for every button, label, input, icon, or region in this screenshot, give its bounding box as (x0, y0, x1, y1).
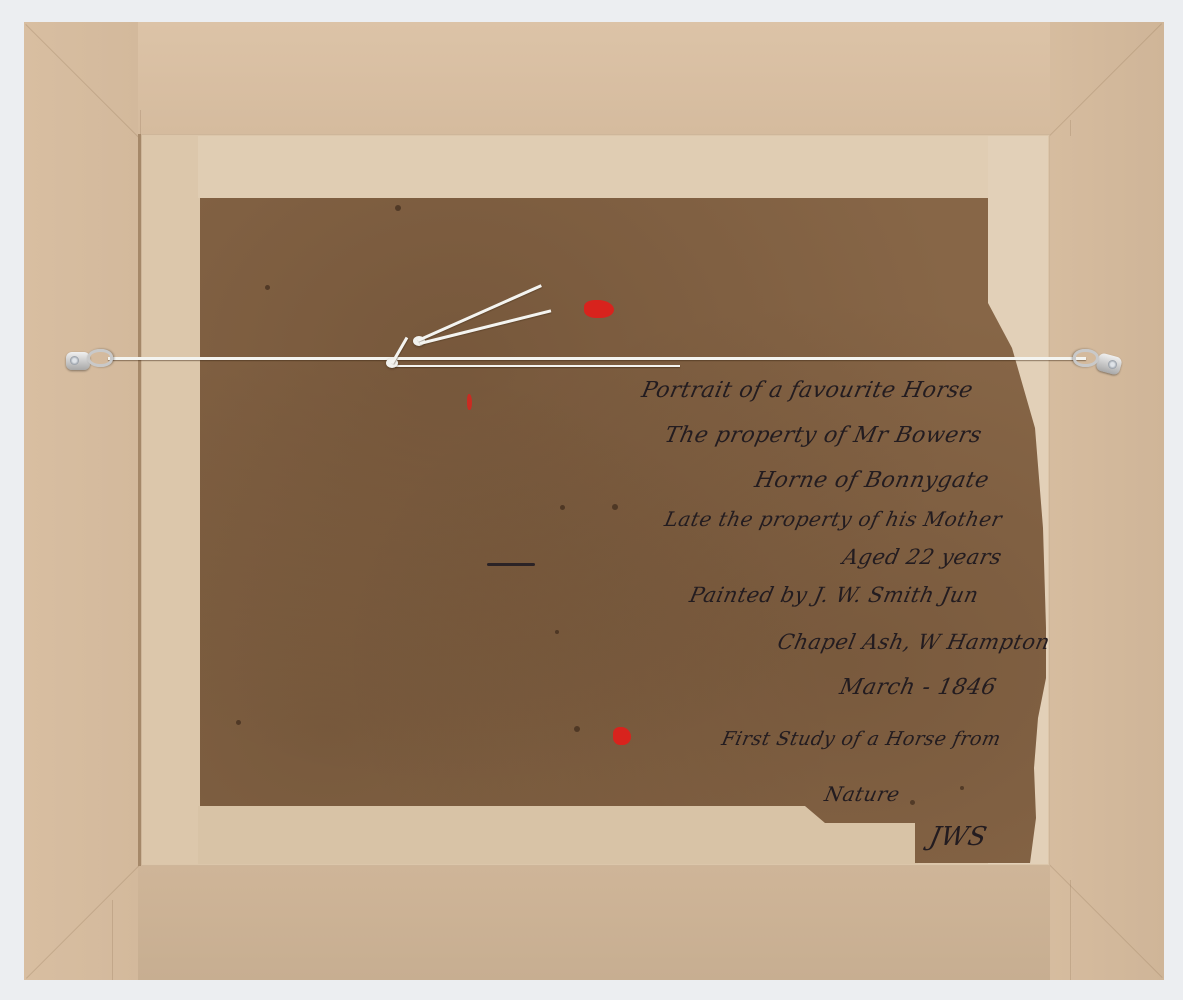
hinge-tape-top (198, 136, 990, 198)
hinge-tape-left (142, 136, 200, 864)
inscription-line-previous-owner: Late the property of his Mother (662, 507, 1004, 531)
stain-speck (574, 726, 580, 732)
tape-seam (140, 110, 141, 134)
stain-speck (612, 504, 618, 510)
frame-backing-left-strip (24, 22, 138, 980)
inscription-line-place: Horne of Bonnygate (752, 468, 991, 493)
frame-backing-bottom-strip (24, 866, 1164, 980)
stain-speck (960, 786, 964, 790)
red-wax-spot (584, 300, 614, 318)
inscription-line-owner: The property of Mr Bowers (662, 423, 984, 448)
tape-seam (1070, 120, 1071, 136)
red-wax-spot (467, 394, 472, 410)
inscription-line-title: Portrait of a favourite Horse (639, 378, 975, 403)
inscription-line-date: March - 1846 (837, 675, 998, 700)
screw-icon (70, 356, 79, 365)
ink-dash-mark (487, 563, 535, 566)
tape-seam (112, 900, 113, 980)
inscription-line-nature: Nature (822, 782, 902, 806)
inscription-line-age: Aged 22 years (840, 545, 1004, 569)
d-ring-hanger-right[interactable] (1073, 349, 1099, 367)
tape-seam (1070, 880, 1071, 980)
hanging-cord[interactable] (108, 357, 1086, 360)
stain-speck (265, 285, 270, 290)
screw-icon (1108, 360, 1117, 369)
hanging-cord-lower-strand (390, 365, 680, 367)
stain-speck (395, 205, 401, 211)
frame-backing-right-strip (1050, 22, 1164, 980)
stain-speck (236, 720, 241, 725)
d-ring-hanger-left[interactable] (87, 349, 113, 367)
hinge-tape-bottom (198, 806, 918, 864)
stain-speck (910, 800, 915, 805)
stain-speck (555, 630, 559, 634)
red-wax-spot (613, 727, 631, 745)
inscription-line-artist: Painted by J. W. Smith Jun (687, 583, 981, 607)
frame-backing-top-strip (24, 22, 1164, 134)
stain-speck (560, 505, 565, 510)
artist-monogram: JWS (927, 822, 990, 852)
inscription-line-location: Chapel Ash, W Hampton (775, 630, 1052, 654)
inscription-line-study: First Study of a Horse from (720, 728, 1003, 750)
